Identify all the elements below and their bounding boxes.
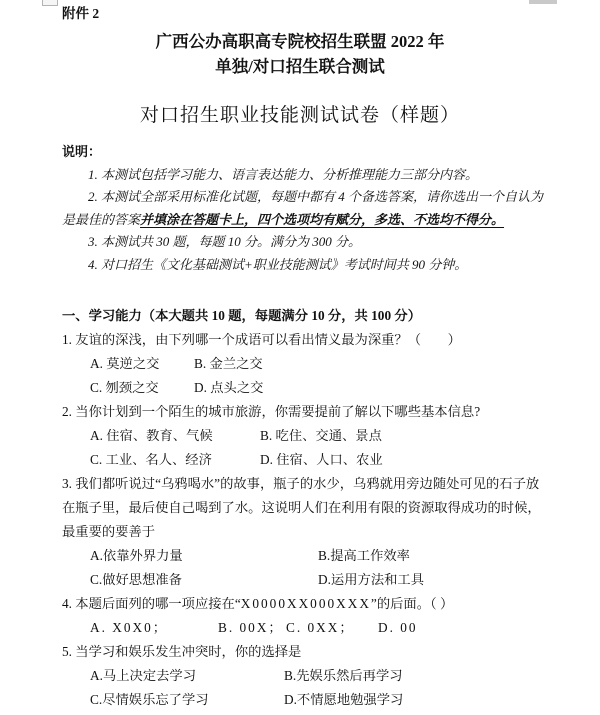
- question-4-stem-suffix: ”的后面。（ ）: [371, 596, 453, 611]
- instructions-heading: 说明：: [62, 141, 544, 164]
- exam-title-line1: 广西公办高职高专院校招生联盟 2022 年: [0, 29, 600, 54]
- question-4-options-row: A. X0X0； B. 00X； C. 0XX； D. 00: [90, 616, 546, 640]
- question-1-options-row-1: A. 莫逆之交 B. 金兰之交: [90, 352, 546, 376]
- question-2-options-row-1: A. 住宿、教育、气候 B. 吃住、交通、景点: [90, 424, 546, 448]
- instructions-block: 说明： 1. 本测试包括学习能力、语言表达能力、分析推理能力三部分内容。 2. …: [62, 141, 544, 276]
- instruction-item-2-emphasis: 并填涂在答题卡上，四个选项均有赋分，多选、不选均不得分。: [140, 212, 504, 227]
- question-2-option-c: C. 工业、名人、经济: [90, 448, 260, 472]
- question-4-stem-sequence: X0000XX000XXX: [241, 596, 371, 611]
- question-5-option-b: B.先娱乐然后再学习: [284, 664, 403, 688]
- question-5-option-a: A.马上决定去学习: [90, 664, 284, 688]
- question-5-stem: 5. 当学习和娱乐发生冲突时，你的选择是: [62, 640, 546, 664]
- question-2-options-row-2: C. 工业、名人、经济 D. 住宿、人口、农业: [90, 448, 546, 472]
- question-3-option-a: A.依靠外界力量: [90, 544, 318, 568]
- question-3-options-row-2: C.做好思想准备 D.运用方法和工具: [90, 568, 546, 592]
- question-1-options-row-2: C. 刎颈之交 D. 点头之交: [90, 376, 546, 400]
- instruction-item-2: 2. 本测试全部采用标准化试题，每题中都有 4 个备选答案，请你选出一个自认为是…: [62, 186, 544, 231]
- question-2-option-a: A. 住宿、教育、气候: [90, 424, 260, 448]
- page-edge-artifact-left: [42, 0, 58, 6]
- question-5-options-row-1: A.马上决定去学习 B.先娱乐然后再学习: [90, 664, 546, 688]
- question-1-stem: 1. 友谊的深浅，由下列哪一个成语可以看出情义最为深重？（ ）: [62, 328, 546, 352]
- question-3-option-d: D.运用方法和工具: [318, 568, 424, 592]
- question-2-option-b: B. 吃住、交通、景点: [260, 424, 382, 448]
- instruction-item-1: 1. 本测试包括学习能力、语言表达能力、分析推理能力三部分内容。: [62, 164, 544, 187]
- exam-title-block: 广西公办高职高专院校招生联盟 2022 年 单独/对口招生联合测试: [0, 29, 600, 79]
- question-5-option-d: D.不情愿地勉强学习: [284, 688, 403, 712]
- question-2-stem: 2. 当你计划到一个陌生的城市旅游，你需要提前了解以下哪些基本信息?: [62, 400, 546, 424]
- question-4-option-b: B. 00X；: [218, 616, 286, 640]
- question-4-option-d: D. 00: [378, 616, 418, 640]
- question-5-options-row-2: C.尽情娱乐忘了学习 D.不情愿地勉强学习: [90, 688, 546, 712]
- question-4-stem: 4. 本题后面列的哪一项应接在“X0000XX000XXX”的后面。（ ）: [62, 592, 546, 616]
- question-1-option-b: B. 金兰之交: [194, 352, 263, 376]
- document-page: 附件 2 广西公办高职高专院校招生联盟 2022 年 单独/对口招生联合测试 对…: [0, 0, 600, 715]
- section-heading: 一、学习能力（本大题共 10 题，每题满分 10 分，共 100 分）: [62, 304, 546, 328]
- question-4: 4. 本题后面列的哪一项应接在“X0000XX000XXX”的后面。（ ） A.…: [62, 592, 546, 640]
- question-2-option-d: D. 住宿、人口、农业: [260, 448, 383, 472]
- page-edge-artifact-right: [529, 0, 557, 4]
- instruction-item-3: 3. 本测试共 30 题，每题 10 分。满分为 300 分。: [62, 231, 544, 254]
- question-4-option-a: A. X0X0；: [90, 616, 218, 640]
- question-1-option-c: C. 刎颈之交: [90, 376, 194, 400]
- question-3: 3. 我们都听说过“乌鸦喝水”的故事，瓶子的水少，乌鸦就用旁边随处可见的石子放在…: [62, 472, 546, 592]
- question-3-stem: 3. 我们都听说过“乌鸦喝水”的故事，瓶子的水少，乌鸦就用旁边随处可见的石子放在…: [62, 472, 546, 544]
- instruction-item-4: 4. 对口招生《文化基础测试+职业技能测试》考试时间共 90 分钟。: [62, 254, 544, 277]
- question-1-option-a: A. 莫逆之交: [90, 352, 194, 376]
- exam-title-line2: 单独/对口招生联合测试: [0, 54, 600, 79]
- question-3-options-row-1: A.依靠外界力量 B.提高工作效率: [90, 544, 546, 568]
- question-3-option-b: B.提高工作效率: [318, 544, 410, 568]
- questions-section: 一、学习能力（本大题共 10 题，每题满分 10 分，共 100 分） 1. 友…: [62, 304, 546, 712]
- paper-title: 对口招生职业技能测试试卷（样题）: [0, 103, 600, 129]
- question-4-option-c: C. 0XX；: [286, 616, 378, 640]
- question-3-option-c: C.做好思想准备: [90, 568, 318, 592]
- question-5: 5. 当学习和娱乐发生冲突时，你的选择是 A.马上决定去学习 B.先娱乐然后再学…: [62, 640, 546, 712]
- question-5-option-c: C.尽情娱乐忘了学习: [90, 688, 284, 712]
- question-1-option-d: D. 点头之交: [194, 376, 263, 400]
- attachment-label: 附件 2: [62, 4, 600, 24]
- question-1: 1. 友谊的深浅，由下列哪一个成语可以看出情义最为深重？（ ） A. 莫逆之交 …: [62, 328, 546, 400]
- question-2: 2. 当你计划到一个陌生的城市旅游，你需要提前了解以下哪些基本信息? A. 住宿…: [62, 400, 546, 472]
- question-4-stem-prefix: 4. 本题后面列的哪一项应接在“: [62, 596, 241, 611]
